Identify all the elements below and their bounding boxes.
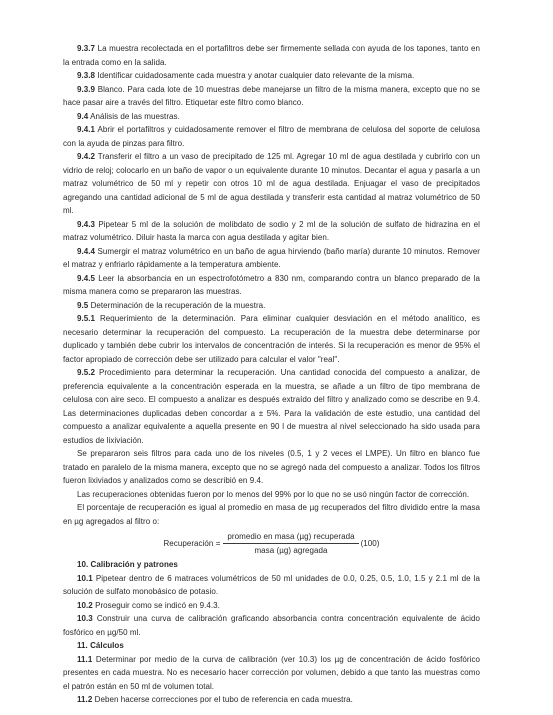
section-heading: 10. Calibración y patrones [63,558,480,572]
clause: 11.2 Deben hacerse correcciones por el t… [63,693,480,707]
clause: 9.4 Análisis de las muestras. [63,110,480,124]
clause-number: 10.1 [77,574,93,583]
clause-number: 9.4.1 [77,125,95,134]
clause-number: 9.3.7 [77,44,95,53]
clause: 9.5.1 Requerimiento de la determinación.… [63,312,480,366]
clause: 11.1 Determinar por medio de la curva de… [63,653,480,694]
clause-text: Sumergir el matraz volumétrico en un bañ… [63,247,480,270]
document-page: 9.3.7 La muestra recolectada en el porta… [0,0,553,715]
clause: 9.4.3 Pipetear 5 ml de la solución de mo… [63,218,480,245]
formula-denominator: masa (µg) agregada [223,544,358,555]
clause-number: 9.4.2 [77,152,95,161]
recovery-formula: Recuperación =promedio en masa (µg) recu… [63,532,480,555]
clause-text: Determinar por medio de la curva de cali… [63,655,480,691]
clause-number: 10.2 [77,601,93,610]
clause-text: Identificar cuidadosamente cada muestra … [97,71,414,80]
clause-text: Procedimiento para determinar la recuper… [63,368,480,445]
clause: 10.1 Pipetear dentro de 6 matraces volum… [63,572,480,599]
clause-number: 9.3.9 [77,85,95,94]
clause-number: 9.5.1 [77,314,95,323]
clause: 9.3.8 Identificar cuidadosamente cada mu… [63,69,480,83]
clause: 9.4.1 Abrir el portafiltros y cuidadosam… [63,123,480,150]
section-heading: 11. Cálculos [63,639,480,653]
formula-lhs: Recuperación = [163,539,220,548]
clause-text: Proseguir como se indicó en 9.4.3. [95,601,220,610]
formula-numerator: promedio en masa (µg) recuperada [223,532,358,544]
clause: 9.4.4 Sumergir el matraz volumétrico en … [63,245,480,272]
clause-text: Leer la absorbancia en un espectrofotóme… [63,274,480,297]
clause-number: 9.4.3 [77,220,95,229]
clause-text: Pipetear 5 ml de la solución de molibdat… [63,220,480,243]
clause-number: 9.5 [77,301,88,310]
formula-fraction: promedio en masa (µg) recuperadamasa (µg… [223,532,358,555]
clause-text: Se prepararon seis filtros para cada uno… [63,449,480,485]
clause-text: El porcentaje de recuperación es igual a… [63,503,480,526]
clause: 9.5 Determinación de la recuperación de … [63,299,480,313]
document-body: 9.3.7 La muestra recolectada en el porta… [63,42,480,707]
clause-text: La muestra recolectada en el portafiltro… [63,44,480,67]
clause-number: 9.4 [77,112,88,121]
clause-number: 11.2 [77,695,92,704]
clause: El porcentaje de recuperación es igual a… [63,501,480,528]
clause-text: Deben hacerse correcciones por el tubo d… [95,695,353,704]
clause: 9.5.2 Procedimiento para determinar la r… [63,366,480,447]
clause: Las recuperaciones obtenidas fueron por … [63,488,480,502]
clause-text: Pipetear dentro de 6 matraces volumétric… [63,574,480,597]
clause: 9.3.9 Blanco. Para cada lote de 10 muest… [63,83,480,110]
clause-number: 10.3 [77,614,93,623]
clause: 10.3 Construir una curva de calibración … [63,612,480,639]
clause-text: Determinación de la recuperación de la m… [91,301,266,310]
clause-text: Requerimiento de la determinación. Para … [63,314,480,364]
clause-number: 9.4.5 [77,274,95,283]
clause-text: Abrir el portafiltros y cuidadosamente r… [63,125,480,148]
clause: 9.4.2 Transferir el filtro a un vaso de … [63,150,480,218]
formula-multiplier: (100) [361,539,380,548]
clause-text: Construir una curva de calibración grafi… [63,614,480,637]
clause-text: Análisis de las muestras. [90,112,180,121]
clause: 9.3.7 La muestra recolectada en el porta… [63,42,480,69]
clause-number: 9.5.2 [77,368,95,377]
clause-text: Transferir el filtro a un vaso de precip… [63,152,480,215]
clause-number: 9.3.8 [77,71,95,80]
clause-number: 9.4.4 [77,247,95,256]
clause-number: 11.1 [77,655,92,664]
clause: 10.2 Proseguir como se indicó en 9.4.3. [63,599,480,613]
clause: 9.4.5 Leer la absorbancia en un espectro… [63,272,480,299]
clause-text: Blanco. Para cada lote de 10 muestras de… [63,85,480,108]
clause-text: Las recuperaciones obtenidas fueron por … [77,490,469,499]
clause: Se prepararon seis filtros para cada uno… [63,447,480,488]
